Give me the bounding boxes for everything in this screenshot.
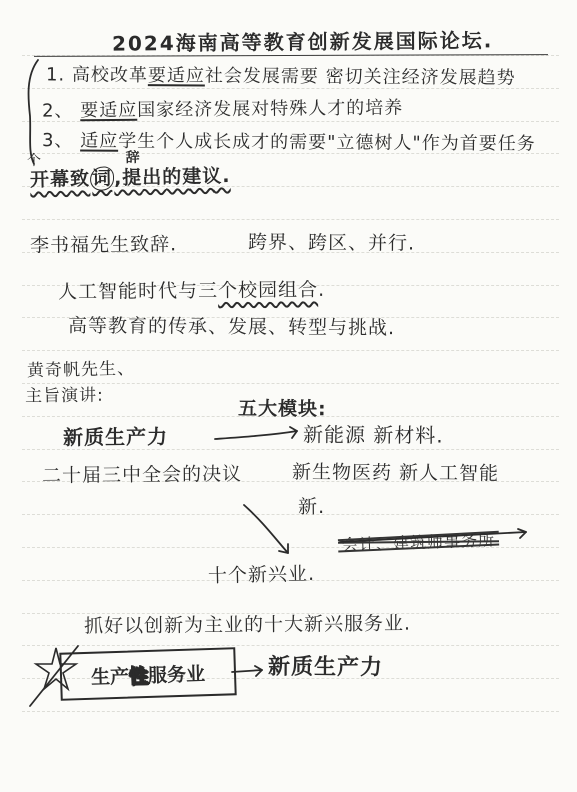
arrow-right-icon <box>213 425 305 445</box>
item-3-number: 3、 <box>42 130 74 151</box>
education-line: 高等教育的传承、发展、转型与挑战. <box>68 311 395 340</box>
ai-text-end: . <box>318 279 325 301</box>
boxed-text-pre: 生产 <box>91 661 130 689</box>
result-term: 新质生产力 <box>268 650 383 682</box>
item-1-text-post: 社会发展需要 密切关注经济发展趋势 <box>205 65 516 88</box>
item-3-text-post: 学生个人成长成才的需要"立德树人"作为首要任务 <box>118 131 536 155</box>
item-2-text-post: 国家经济发展对特殊人才的培养 <box>137 97 403 120</box>
list-item-1: 1. 高校改革要适应社会发展需要 密切关注经济发展趋势 <box>46 60 516 89</box>
modules-label: 五大模块: <box>238 394 327 422</box>
ten-new-industries: 十个新兴业. <box>208 559 316 588</box>
opening-remarks-line: 辞 开幕致词,提出的建议. <box>30 161 231 192</box>
new-productive-forces: 新质生产力 <box>63 421 168 451</box>
rule-line <box>22 645 559 646</box>
item-2-number: 2、 <box>42 100 74 121</box>
plenum-resolution: 二十届三中全会的决议 <box>42 459 242 488</box>
list-item-3: 3、 适应学生个人成长成才的需要"立德树人"作为首要任务 <box>42 126 562 156</box>
grasp-line: 抓好以创新为主业的十大新兴服务业. <box>84 609 411 639</box>
item-1-number: 1. <box>46 64 65 85</box>
rule-line <box>22 711 559 712</box>
boxed-scribbled-char: 性 <box>129 661 149 689</box>
page-title: 2024海南高等教育创新发展国际论坛. <box>112 24 494 56</box>
ai-campus-line: 人工智能时代与三个校园组合. <box>58 275 325 304</box>
opening-text-rest: ,提出的建议. <box>114 165 231 189</box>
strike-arrow-icon <box>338 528 534 546</box>
ai-text-underlined: 个校园组合 <box>218 279 318 302</box>
boxed-term: 生产性服务业 <box>59 647 236 701</box>
opening-corrected-char: 词 <box>90 166 115 190</box>
item-2-text-underlined: 要适应 <box>80 100 137 121</box>
boxed-text-post: 服务业 <box>148 659 206 688</box>
ai-text-pre: 人工智能时代与三 <box>58 280 218 303</box>
module-biomed-ai: 新生物医药 新人工智能 <box>292 457 499 485</box>
speaker-huang-line2: 主旨演讲: <box>25 381 104 407</box>
item-1-text-pre: 高校改革 <box>72 65 148 87</box>
item-1-text-underlined: 要适应 <box>148 65 205 86</box>
module-new: 新. <box>298 492 325 519</box>
rule-line <box>22 219 559 220</box>
inserted-correction-char: 辞 <box>125 147 140 167</box>
curved-arrow-down-icon <box>240 503 300 561</box>
item-3-text-underlined: 适应 <box>80 130 118 151</box>
speaker-li-line: 李书福先生致辞. <box>30 229 177 257</box>
rule-line <box>22 350 559 351</box>
box-arrow-right-icon <box>230 662 268 680</box>
speaker-huang-line1: 黄奇帆先生、 <box>27 354 135 381</box>
notebook-page: 2024海南高等教育创新发展国际论坛. 1. 高校改革要适应社会发展需要 密切关… <box>0 0 577 792</box>
list-item-2: 2、 要适应国家经济发展对特殊人才的培养 <box>42 93 403 122</box>
keywords-line: 跨界、跨区、并行. <box>248 227 415 255</box>
module-energy-materials: 新能源 新材料. <box>303 419 444 449</box>
opening-text-pre: 开幕致 <box>30 168 90 191</box>
